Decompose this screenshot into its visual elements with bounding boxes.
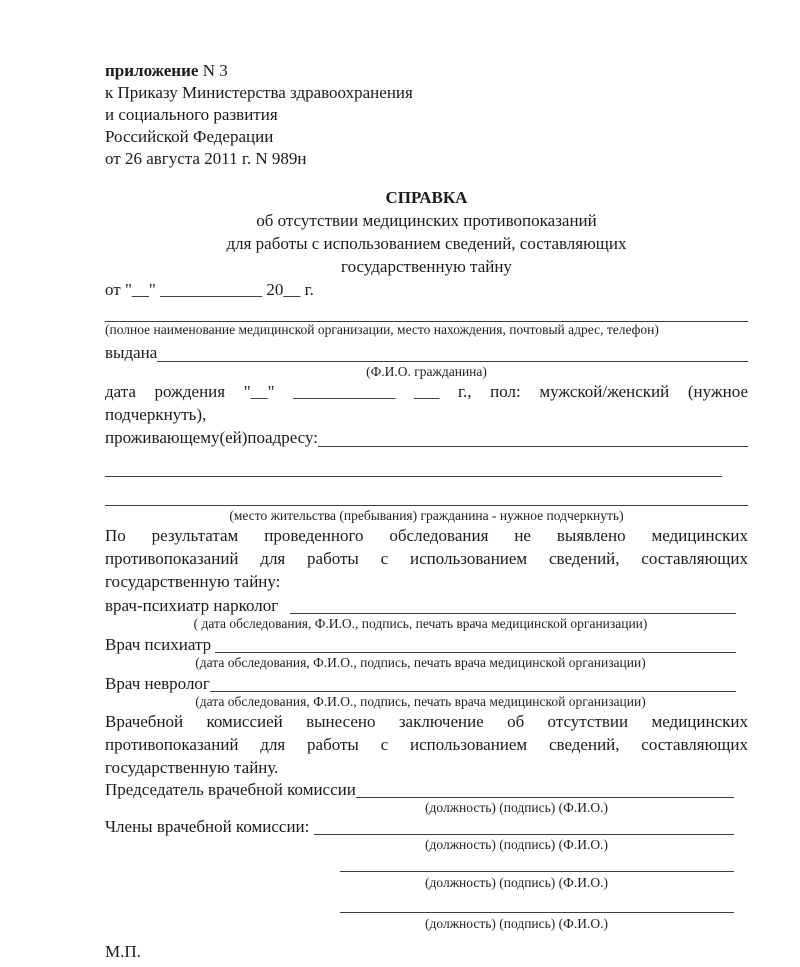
order-reference-line-2: и социального развития (105, 104, 748, 126)
conclusion-line-3: государственную тайну. (105, 756, 748, 779)
certificate-document: приложение N 3 к Приказу Министерства зд… (0, 0, 800, 967)
birthdate-sex-line-1: дата рождения "__" ____________ ___ г., … (105, 380, 748, 403)
doctor-caption-psychiatrist-narcologist: ( дата обследования, Ф.И.О., подпись, пе… (105, 616, 736, 632)
doctor-row-neurologist: Врач невролог (105, 673, 748, 694)
chairman-label: Председатель врачебной комиссии (105, 779, 356, 800)
citizen-name-caption: (Ф.И.О. гражданина) (105, 364, 748, 380)
doctor-row-psychiatrist-narcologist: врач-психиатр нарколог (105, 595, 748, 616)
title-block: СПРАВКА об отсутствии медицинских против… (105, 186, 748, 278)
address-fill-line-3 (105, 505, 748, 506)
member-signature-caption-1: (должность) (подпись) (Ф.И.О.) (340, 837, 693, 853)
appendix-number-bold: приложение (105, 61, 198, 80)
address-fill-line-2 (105, 476, 722, 477)
doctor-caption-psychiatrist: (дата обследования, Ф.И.О., подпись, печ… (105, 655, 736, 671)
address-fill-line-1 (318, 426, 748, 447)
address-label: проживающему(ей)поадресу: (105, 426, 318, 449)
header-block: приложение N 3 к Приказу Министерства зд… (105, 60, 748, 170)
address-row: проживающему(ей)поадресу: (105, 426, 748, 449)
member-fill-line-2 (340, 869, 734, 872)
order-reference-line-3: Российской Федерации (105, 126, 748, 148)
appendix-line: приложение N 3 (105, 60, 748, 82)
members-label: Члены врачебной комиссии: (105, 816, 314, 837)
results-line-1: По результатам проведенного обследования… (105, 524, 748, 547)
doctor-fill-line (210, 673, 736, 692)
doctor-fill-line (215, 634, 736, 653)
issued-label: выдана (105, 342, 157, 364)
appendix-number-rest: N 3 (198, 61, 227, 80)
birthdate-sex-line-2: подчеркнуть), (105, 403, 748, 426)
doctor-caption-neurologist: (дата обследования, Ф.И.О., подпись, печ… (105, 694, 736, 710)
conclusion-paragraph: Врачебной комиссией вынесено заключение … (105, 710, 748, 779)
title-subtitle-line-3: государственную тайну (105, 255, 748, 278)
chairman-row: Председатель врачебной комиссии (105, 779, 748, 800)
member-signature-caption-3: (должность) (подпись) (Ф.И.О.) (340, 916, 693, 932)
conclusion-line-2: противопоказаний для работы с использова… (105, 733, 748, 756)
order-date-line: от 26 августа 2011 г. N 989н (105, 148, 748, 170)
members-row: Члены врачебной комиссии: (105, 816, 748, 837)
citizen-name-fill-line (157, 342, 748, 362)
residence-caption: (место жительства (пребывания) гражданин… (105, 508, 748, 524)
certificate-date-line: от "__" ____________ 20__ г. (105, 278, 748, 301)
doctor-fill-line (290, 595, 736, 614)
doctor-label-neurologist: Врач невролог (105, 673, 210, 694)
member-signature-caption-2: (должность) (подпись) (Ф.И.О.) (340, 875, 693, 891)
title-subtitle-line-1: об отсутствии медицинских противопоказан… (105, 209, 748, 232)
chairman-signature-caption: (должность) (подпись) (Ф.И.О.) (340, 800, 693, 816)
member-fill-line-3 (340, 910, 734, 913)
member-fill-line-1 (314, 816, 734, 835)
results-line-2: противопоказаний для работы с использова… (105, 547, 748, 570)
issued-row: выдана (105, 342, 748, 364)
doctor-row-psychiatrist: Врач психиатр (105, 634, 748, 655)
doctor-label-psychiatrist: Врач психиатр (105, 634, 215, 655)
results-line-3: государственную тайну: (105, 570, 748, 593)
chairman-fill-line (356, 779, 734, 798)
order-reference-line-1: к Приказу Министерства здравоохранения (105, 82, 748, 104)
organization-caption: (полное наименование медицинской организ… (105, 322, 748, 338)
title-subtitle-line-2: для работы с использованием сведений, со… (105, 232, 748, 255)
conclusion-line-1: Врачебной комиссией вынесено заключение … (105, 710, 748, 733)
document-title: СПРАВКА (105, 186, 748, 209)
results-paragraph: По результатам проведенного обследования… (105, 524, 748, 593)
stamp-placeholder: М.П. (105, 941, 748, 963)
doctor-label-psychiatrist-narcologist: врач-психиатр нарколог (105, 595, 282, 616)
